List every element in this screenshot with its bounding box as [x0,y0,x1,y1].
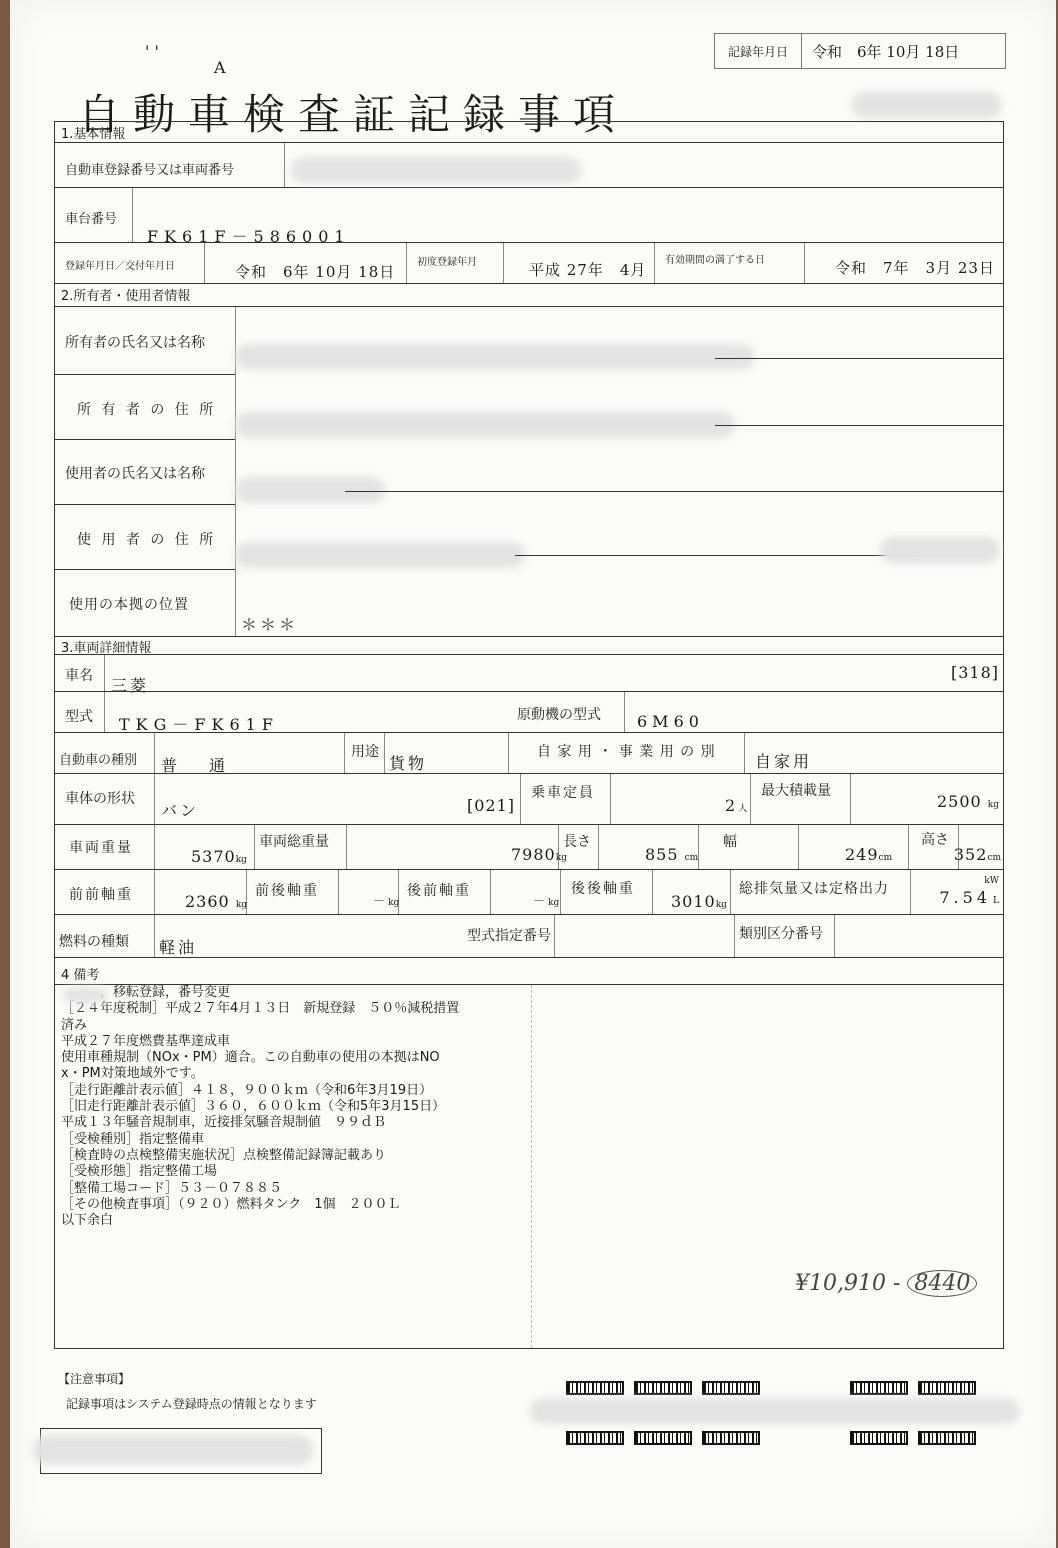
first-reg-value: 平成 27年 4月 [529,259,646,280]
corner-marks: ' ' [145,42,159,61]
remarks-line: 使用車種規制（NOx・PM）適合。この自動車の使用の本拠はNO [61,1050,531,1066]
barcode-icon [634,1381,692,1395]
body-value: バン [161,798,199,821]
user-address-redacted-2 [880,537,1000,563]
barcode-icon [634,1431,692,1445]
height-label: 高さ [921,829,949,849]
remarks-line: 平成２７年度燃費基準達成車 [61,1034,531,1050]
owner-name-redacted [235,344,755,370]
remarks-line: x・PM対策地域外です。 [61,1066,531,1082]
max-load-label: 最大積載量 [761,780,831,800]
model-value: TKG－FK61F [119,712,279,735]
capacity-label: 乗車定員 [531,782,595,802]
fuel-row: 燃料の種類 軽油 型式指定番号 類別区分番号 [55,915,1003,958]
user-name-label: 使用者の氏名又は名称 [65,463,205,483]
owner-address-label: 所 有 者 の 住 所 [77,399,216,419]
handwritten-price: ¥10,910 - [795,1271,900,1296]
fuel-label: 燃料の種類 [59,931,129,951]
remarks-text: ，移転登録，番号変更［２４年度税制］平成２７年4月１３日 新規登録 ５０％減税措… [61,985,531,1229]
fr-axle-value: － [373,894,388,908]
length-value: 855 [645,845,679,864]
dates-row: 登録年月日／交付年月日 令和 6年 10月 18日 初度登録年月 平成 27年 … [55,243,1003,284]
gross-label: 車両総重量 [259,831,329,851]
record-date-box: 記録年月日 令和 6年 10月 18日 [714,33,1006,69]
barcode-icon [850,1431,908,1445]
user-name-redacted [235,477,385,503]
remarks-line: ［受検形態］指定整備工場 [61,1164,531,1180]
rr-axle-value: 3010 [671,892,716,911]
barcode-icon [566,1431,624,1445]
barcode-redacted [530,1398,1020,1424]
expiry-label: 有効期間の満了する日 [665,251,765,266]
model-row: 型式 TKG－FK61F 原動機の型式 6M60 [55,692,1003,733]
user-address-label: 使 用 者 の 住 所 [77,529,216,549]
private-value: 自家用 [755,749,812,772]
width-value: 249 [845,845,879,864]
private-label: 自 家 用 ・ 事 業 用 の 別 [537,741,716,761]
ff-axle-value: 2360 [185,892,230,911]
car-name-code: [318] [951,663,999,682]
body-row: 車体の形状 バン [021] 乗車定員 2人 最大積載量 2500 kg [55,774,1003,825]
remarks-line: ［その他検査事項］（９２０）燃料タンク 1個 ２００Ｌ [61,1197,531,1213]
remarks-line: ［受検種別］指定整備車 [61,1132,531,1148]
expiry-value: 令和 7年 3月 23日 [835,257,995,278]
model-label: 型式 [65,706,93,726]
chassis-label: 車台番号 [65,208,117,227]
section2-header: 2.所有者・使用者情報 [55,284,1003,307]
section4-header: 4 備考 [55,958,1003,985]
length-label: 長さ [563,831,591,851]
kind-value: 普 通 [161,753,233,776]
engine-label: 原動機の型式 [517,704,601,724]
barcode-icon [702,1381,760,1395]
engine-value: 6M60 [637,712,704,731]
base-location-value: ＊＊＊ [241,612,298,635]
handwritten-circled: 8440 [907,1270,977,1297]
car-name-label: 車名 [65,665,93,685]
rf-axle-label: 後前軸重 [407,880,471,900]
dimensions-row: 車両重量 5370kg 車両総重量 7980kg 長さ 855 cm 幅 249… [55,825,1003,870]
stamp-redacted [33,1435,313,1465]
reg-number-row: 自動車登録番号又は車両番号 [55,143,1003,188]
stamp-box [40,1428,322,1474]
form-table: 1.基本情報 自動車登録番号又は車両番号 車台番号 FK61F－586001 登… [54,121,1004,1349]
capacity-value: 2 [725,796,738,815]
section2-title: 2.所有者・使用者情報 [61,285,190,304]
reg-number-label: 自動車登録番号又は車両番号 [65,159,234,178]
owner-name-label: 所有者の氏名又は名称 [65,332,205,352]
fr-axle-label: 前後軸重 [255,880,319,900]
capacity-unit: 人 [738,804,747,814]
barcode-icon [918,1431,976,1445]
remarks-line: 平成１３年騒音規制車，近接排気騒音規制値 ９９ｄＢ [61,1115,531,1131]
remarks-line: ［検査時の点検整備実施状況］点検整備記録簿記載あり [61,1148,531,1164]
record-date-label: 記録年月日 [715,34,802,68]
displacement-unit-l: L [993,896,999,906]
weight-label: 車両重量 [69,837,133,857]
displacement-label: 総排気量又は定格出力 [739,878,889,898]
remarks-line: ［２４年度税制］平成２７年4月１３日 新規登録 ５０％減税措置 [61,1001,531,1017]
weight-value: 5370 [191,847,236,866]
rr-axle-label: 後後軸重 [571,878,635,898]
barcode-icon [918,1381,976,1395]
owner-address-redacted [235,412,735,438]
remarks-line: ［整備工場コード］５３－０７８８５ [61,1181,531,1197]
section1-title: 1.基本情報 [61,123,125,142]
user-address-redacted [235,542,525,568]
remarks-area: ，移転登録，番号変更［２４年度税制］平成２７年4月１３日 新規登録 ５０％減税措… [55,985,1003,1348]
corner-letter: A [214,58,226,77]
gross-value: 7980 [511,845,556,864]
chassis-row: 車台番号 FK61F－586001 [55,188,1003,243]
barcode-group-top-left [566,1380,770,1399]
section3-title: 3.車両詳細情報 [61,637,151,656]
document-page: ' ' A 記録年月日 令和 6年 10月 18日 自動車検査証記録事項 1.基… [10,0,1056,1548]
displacement-unit-kw: kW [984,876,999,886]
barcode-group-bottom-right [850,1430,986,1449]
kind-row: 自動車の種別 普 通 用途 貨物 自 家 用 ・ 事 業 用 の 別 自家用 [55,733,1003,774]
remarks-line: 以下余白 [61,1213,531,1229]
remarks-redacted [63,987,107,1003]
kind-label: 自動車の種別 [59,749,137,768]
body-label: 車体の形状 [65,788,135,808]
body-code: [021] [467,796,515,815]
notice-text: 記録事項はシステム登録時点の情報となります [66,1395,317,1412]
remarks-line: 済み [61,1018,531,1034]
redacted-area [852,92,1002,118]
remarks-line: ［走行距離計表示値］４１８，９００ｋｍ（令和6年3月19日） [61,1083,531,1099]
base-location-label: 使用の本拠の位置 [69,594,189,614]
barcode-icon [850,1381,908,1395]
fuel-value: 軽油 [159,935,197,958]
record-date-value: 令和 6年 10月 18日 [802,41,959,62]
section3-header: 3.車両詳細情報 [55,637,1003,655]
notice-title: 【注意事項】 [58,1370,130,1387]
reg-date-value: 令和 6年 10月 18日 [235,261,395,282]
max-load-value: 2500 [937,792,982,811]
category-label: 類別区分番号 [739,923,823,943]
rf-axle-value: － [533,894,548,908]
first-reg-label: 初度登録年月 [417,253,477,268]
height-value: 352 [954,845,988,864]
displacement-value: 7.54 [939,888,991,907]
remarks-line: ［旧走行距離計表示値］３６０，６００ｋｍ（令和5年3月15日） [61,1099,531,1115]
barcode-icon [566,1381,624,1395]
use-label: 用途 [351,741,379,761]
width-label: 幅 [723,831,737,851]
section4-title: 4 備考 [61,964,99,983]
type-designation-label: 型式指定番号 [467,925,551,945]
barcode-icon [702,1431,760,1445]
barcode-group-top-right [850,1380,986,1399]
use-value: 貨物 [389,751,427,774]
car-name-row: 車名 三菱 [318] [55,655,1003,692]
reg-number-redacted [291,157,581,183]
axle-row: 前前軸重 2360 kg 前後軸重 －kg 後前軸重 －kg 後後軸重 3010… [55,870,1003,915]
remarks-line: ，移転登録，番号変更 [61,985,531,1001]
reg-date-label: 登録年月日／交付年月日 [65,257,175,272]
ff-axle-label: 前前軸重 [69,884,133,904]
barcode-group-bottom-left [566,1430,770,1449]
section1-header: 1.基本情報 [55,122,1003,143]
